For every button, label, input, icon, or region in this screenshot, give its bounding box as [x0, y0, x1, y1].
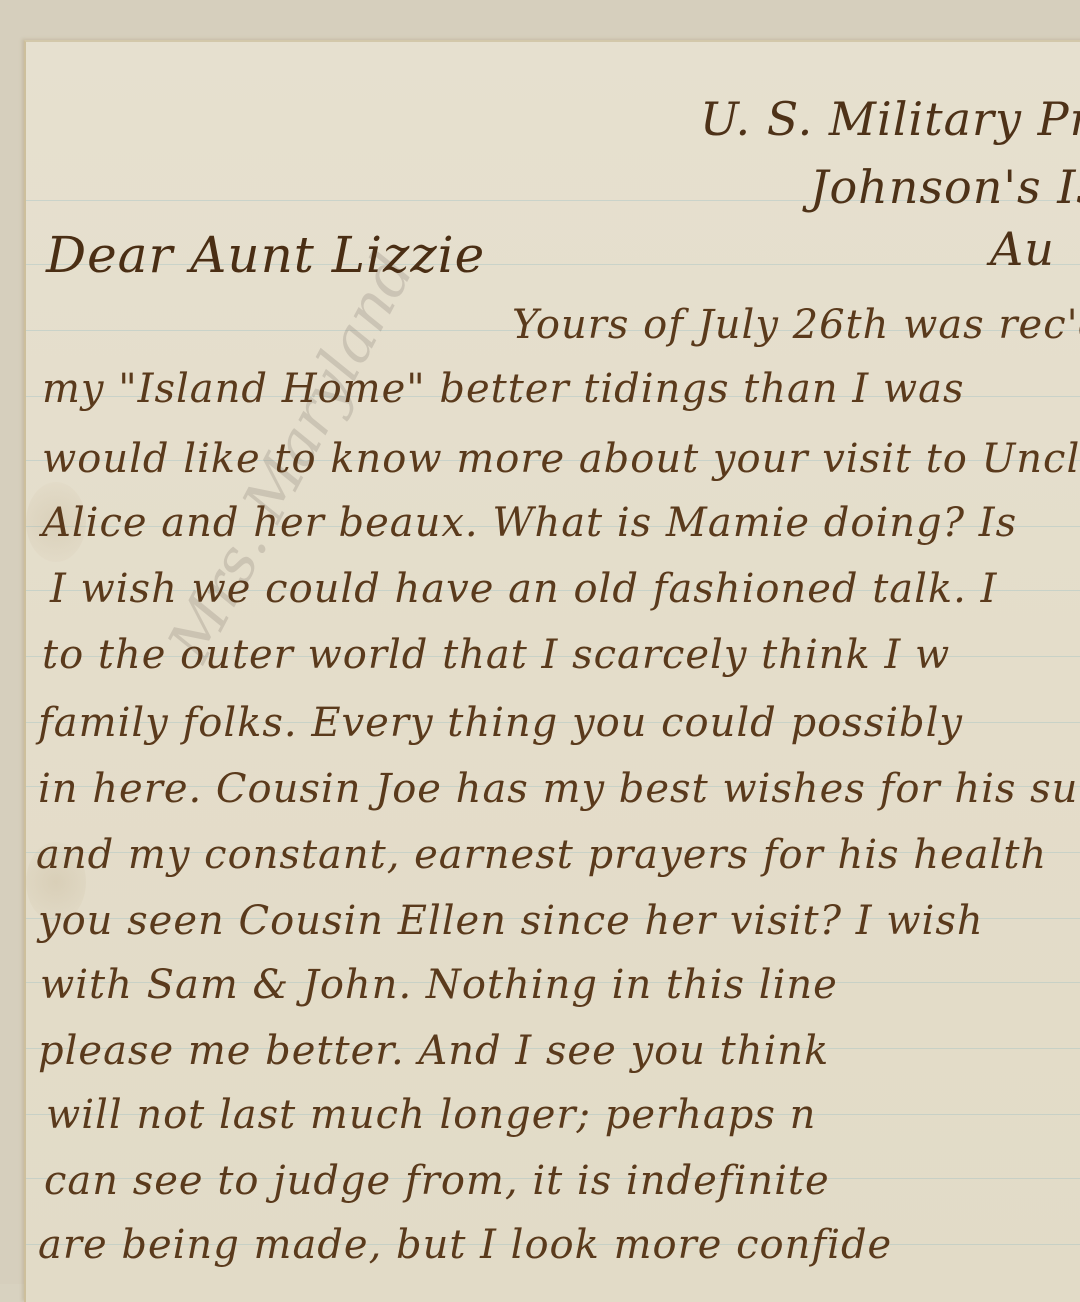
letter-body-line: and my constant, earnest prayers for his…	[36, 832, 1047, 878]
letter-body-line: family folks. Every thing you could poss…	[38, 700, 963, 746]
letter-body-line: are being made, but I look more confide	[38, 1222, 892, 1268]
letter-body-line: will not last much longer; perhaps n	[46, 1092, 816, 1138]
letter-body-line: you seen Cousin Ellen since her visit? I…	[38, 898, 984, 944]
letter-heading-date: Au	[990, 222, 1055, 276]
letter-body-line: would like to know more about your visit…	[42, 436, 1080, 482]
letter-body-line: my "Island Home" better tidings than I w…	[42, 366, 964, 412]
letter-body-line: Alice and her beaux. What is Mamie doing…	[42, 500, 1017, 546]
letter-body-line: can see to judge from, it is indefinite	[44, 1158, 830, 1204]
letter-body-line: in here. Cousin Joe has my best wishes f…	[38, 766, 1080, 812]
letter-body-line: I wish we could have an old fashioned ta…	[50, 566, 997, 612]
letter-heading-location: U. S. Military Pr	[700, 92, 1080, 146]
letter-body-line: to the outer world that I scarcely think…	[42, 632, 950, 678]
letter-body-line: please me better. And I see you think	[38, 1028, 829, 1074]
letter-body-line: with Sam & John. Nothing in this line	[40, 962, 838, 1008]
letter-salutation: Dear Aunt Lizzie	[46, 226, 485, 284]
letter-body-line: Yours of July 26th was rec'd yest	[512, 302, 1080, 348]
letter-heading-place: Johnson's Is	[810, 160, 1080, 214]
